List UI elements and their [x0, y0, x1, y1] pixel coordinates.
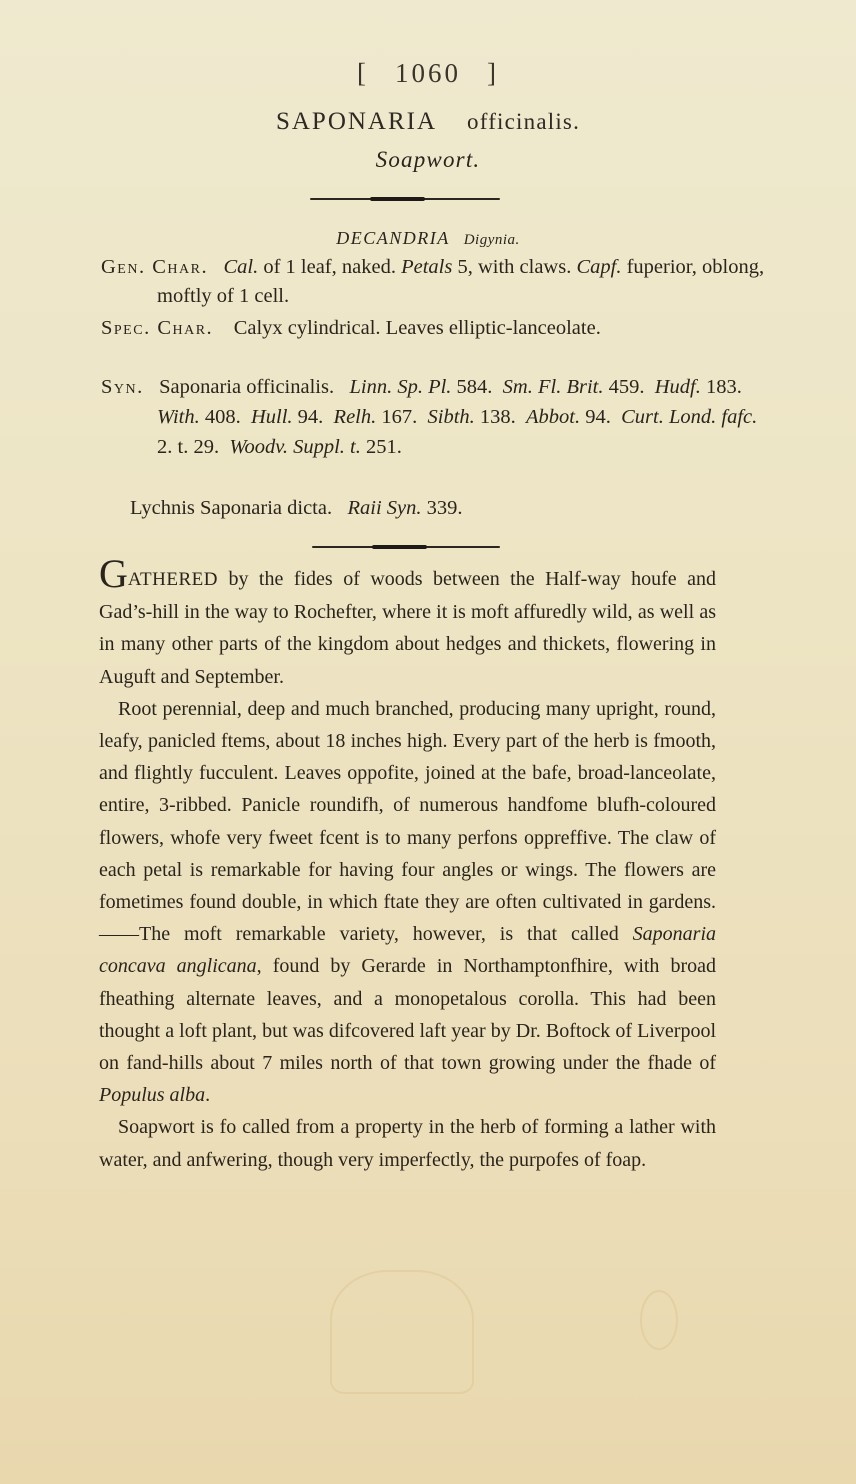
- paragraph-text: .: [205, 1084, 210, 1106]
- species-title: SAPONARIAofficinalis.: [0, 108, 856, 136]
- gen-char-text: Petals: [401, 256, 452, 278]
- ref-abbr: Sibth.: [428, 406, 475, 428]
- specific-character: Spec. Char. Calyx cylindrical. Leaves el…: [101, 314, 771, 343]
- ref-num: 183.: [706, 376, 742, 398]
- genus-name: SAPONARIA: [276, 108, 437, 135]
- ref-abbr: Curt. Lond. fafc.: [621, 406, 757, 428]
- ref-abbr: Relh.: [334, 406, 377, 428]
- page-number-value: 1060: [395, 58, 461, 88]
- taxon-name: Populus alba: [99, 1084, 205, 1106]
- common-name: Soapwort.: [0, 147, 856, 173]
- synonym-name: Saponaria officinalis.: [159, 376, 334, 398]
- ref-abbr: Raii Syn.: [347, 497, 421, 519]
- caps-word: ATHERED: [128, 569, 218, 590]
- ornamental-rule-middle: [312, 546, 500, 548]
- generic-character: Gen. Char. Cal. of 1 leaf, naked. Petals…: [101, 253, 771, 311]
- paper-stain: [640, 1290, 678, 1350]
- spec-char-label: Spec. Char.: [101, 317, 213, 339]
- syn-label: Syn.: [101, 376, 144, 398]
- class-name: DECANDRIA: [336, 228, 449, 248]
- page-number: [1060]: [0, 58, 856, 89]
- page-number-close-bracket: ]: [487, 58, 499, 89]
- paragraph-habitat: GATHERED by the fides of woods between t…: [99, 560, 716, 693]
- ornamental-rule-top: [310, 198, 500, 200]
- ref-num: 94.: [585, 406, 611, 428]
- ref-num: 2. t. 29.: [157, 436, 219, 458]
- species-epithet: officinalis.: [467, 109, 580, 134]
- page-number-open-bracket: [: [357, 58, 369, 89]
- ref-abbr: Hudf.: [655, 376, 701, 398]
- gen-char-text: 5, with claws.: [452, 256, 576, 278]
- paragraph-text: Root perennial, deep and much branched, …: [99, 698, 716, 945]
- drop-cap: G: [99, 551, 128, 596]
- document-page: [1060] SAPONARIAofficinalis. Soapwort. D…: [0, 0, 856, 1484]
- paper-stain: [330, 1270, 474, 1394]
- ref-num: 584.: [457, 376, 493, 398]
- ref-abbr: Sm. Fl. Brit.: [503, 376, 604, 398]
- ref-num: 167.: [381, 406, 417, 428]
- ref-abbr: With.: [157, 406, 200, 428]
- linnaean-classification: DECANDRIADigynia.: [0, 228, 856, 249]
- synonymy: Syn. Saponaria officinalis. Linn. Sp. Pl…: [101, 372, 771, 462]
- ref-abbr: Abbot.: [526, 406, 580, 428]
- ref-abbr: Linn. Sp. Pl.: [349, 376, 451, 398]
- paragraph-description: Root perennial, deep and much branched, …: [99, 693, 716, 1112]
- synonym-lychnis: Lychnis Saponaria dicta. Raii Syn. 339.: [130, 497, 463, 520]
- gen-char-text: Cal.: [223, 256, 258, 278]
- description-text: GATHERED by the fides of woods between t…: [99, 560, 716, 1176]
- paragraph-etymology: Soapwort is fo called from a property in…: [99, 1111, 716, 1175]
- ref-abbr: Hull.: [251, 406, 293, 428]
- ref-abbr: Woodv. Suppl. t.: [229, 436, 361, 458]
- order-name: Digynia.: [464, 232, 520, 248]
- spec-char-text: Calyx cylindrical. Leaves elliptic-lance…: [234, 317, 601, 339]
- ref-num: 251.: [366, 436, 402, 458]
- paragraph-text: Soapwort is fo called from a property in…: [99, 1116, 716, 1170]
- ref-num: 339.: [427, 497, 463, 519]
- gen-char-label: Gen. Char.: [101, 256, 208, 278]
- synonym-name: Lychnis Saponaria dicta.: [130, 497, 332, 519]
- ref-num: 408.: [205, 406, 241, 428]
- ref-num: 94.: [298, 406, 324, 428]
- gen-char-text: of 1 leaf, naked.: [258, 256, 401, 278]
- gen-char-text: Capf.: [576, 256, 621, 278]
- ref-num: 138.: [480, 406, 516, 428]
- ref-num: 459.: [609, 376, 645, 398]
